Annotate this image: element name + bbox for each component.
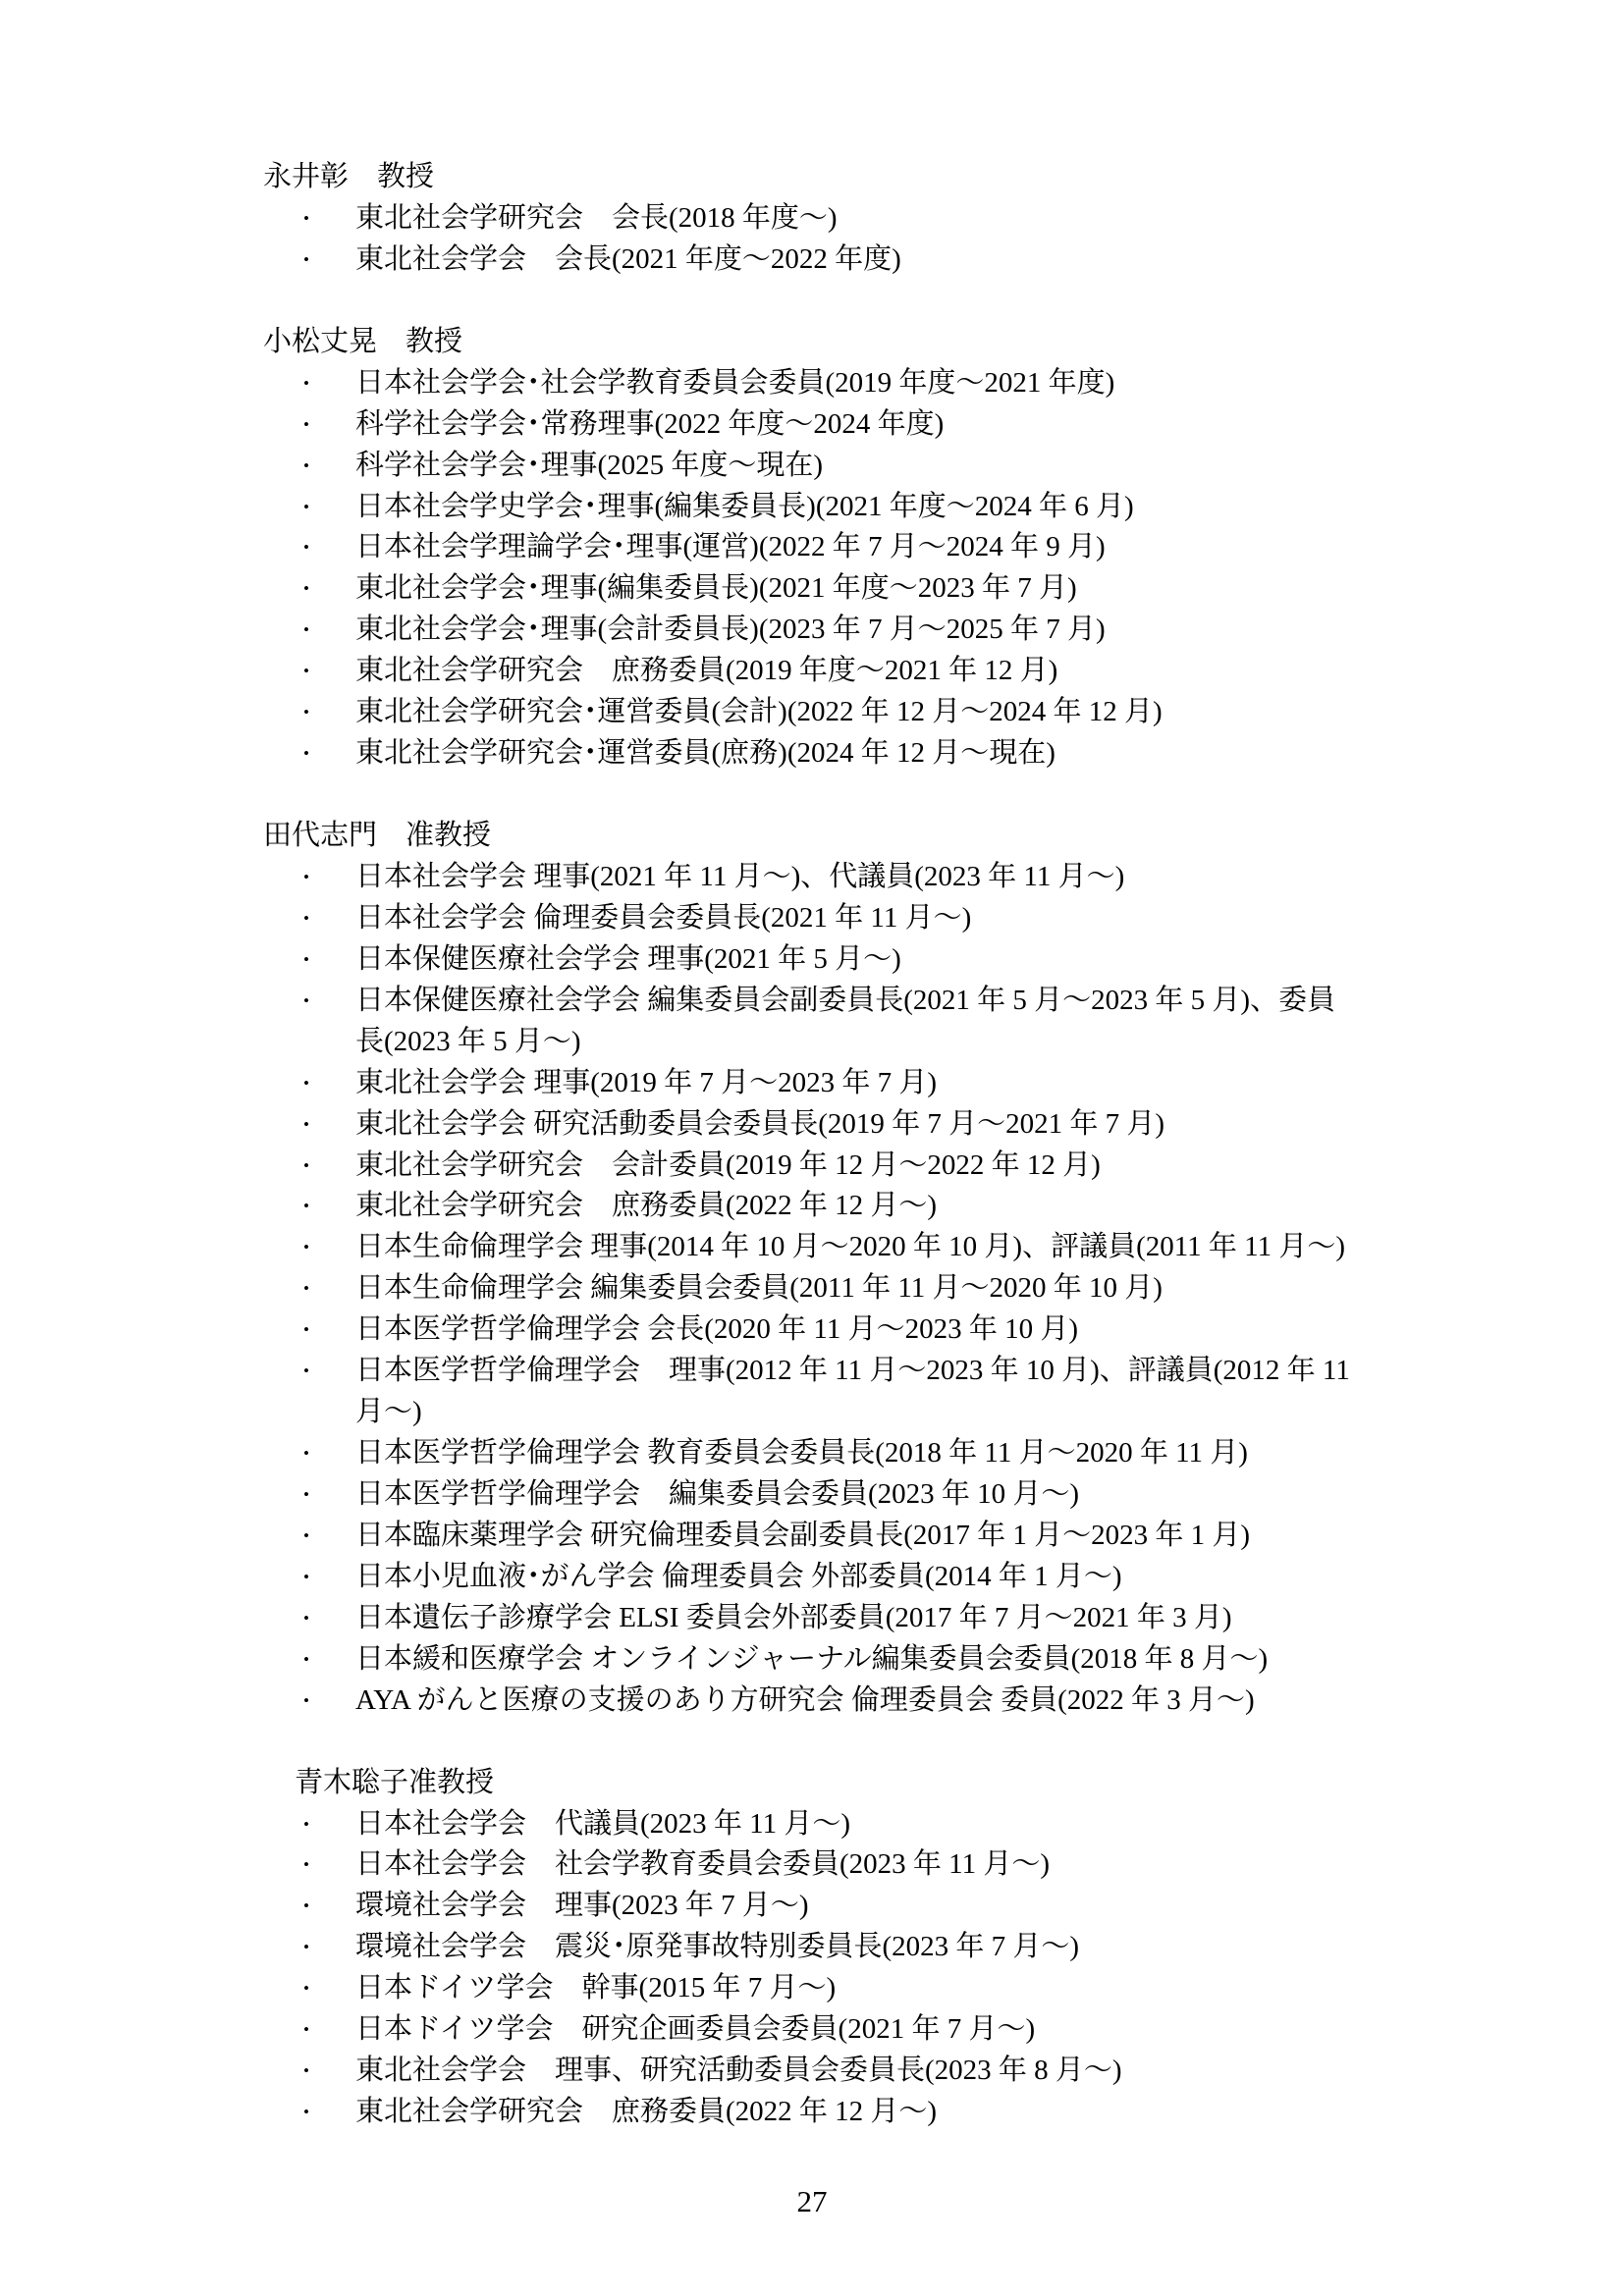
bullet-icon: • — [298, 1886, 315, 1927]
bullet-icon: • — [298, 1598, 315, 1639]
list-item-text: 日本生命倫理学会 編集委員会委員(2011 年 11 月～2020 年 10 月… — [355, 1268, 1163, 1309]
list-item-text: 日本社会学会･社会学教育委員会委員(2019 年度～2021 年度) — [355, 363, 1114, 404]
section-heading: 小松丈晃 教授 — [0, 322, 1624, 363]
list-item-continuation: 長(2023 年 5 月～) — [0, 1022, 1624, 1063]
list-item-text: 東北社会学会 会長(2021 年度～2022 年度) — [355, 240, 901, 281]
list-item: •東北社会学会 研究活動委員会委員長(2019 年 7 月～2021 年 7 月… — [0, 1104, 1624, 1146]
list-item-text: 日本社会学会 社会学教育委員会委員(2023 年 11 月～) — [355, 1844, 1050, 1886]
list-item-text: 日本保健医療社会学会 編集委員会副委員長(2021 年 5 月～2023 年 5… — [355, 981, 1335, 1022]
bullet-icon: • — [298, 1268, 315, 1309]
bullet-icon: • — [298, 1433, 315, 1474]
list-item: •日本緩和医療学会 オンラインジャーナル編集委員会委員(2018 年 8 月～) — [0, 1639, 1624, 1681]
document-page: 永井彰 教授 •東北社会学研究会 会長(2018 年度～) •東北社会学会 会長… — [0, 0, 1624, 2296]
bullet-icon: • — [298, 692, 315, 733]
bullet-icon: • — [298, 610, 315, 651]
list-item-text: 日本医学哲学倫理学会 編集委員会委員(2023 年 10 月～) — [355, 1474, 1079, 1516]
list-item-text: 環境社会学会 震災･原発事故特別委員長(2023 年 7 月～) — [355, 1927, 1079, 1968]
list-item-text: 東北社会学会･理事(会計委員長)(2023 年 7 月～2025 年 7 月) — [355, 610, 1106, 651]
list-item-text: 日本緩和医療学会 オンラインジャーナル編集委員会委員(2018 年 8 月～) — [355, 1639, 1268, 1681]
bullet-icon: • — [298, 1227, 315, 1268]
list-item-text: 日本社会学史学会･理事(編集委員長)(2021 年度～2024 年 6 月) — [355, 487, 1134, 528]
bullet-icon: • — [298, 1474, 315, 1516]
list-item-text: 日本医学哲学倫理学会 教育委員会委員長(2018 年 11 月～2020 年 1… — [355, 1433, 1248, 1474]
list-item: •日本ドイツ学会 研究企画委員会委員(2021 年 7 月～) — [0, 2009, 1624, 2051]
list-item: •東北社会学研究会 庶務委員(2019 年度～2021 年 12 月) — [0, 651, 1624, 692]
list-item: •日本社会学会 倫理委員会委員長(2021 年 11 月～) — [0, 898, 1624, 939]
bullet-icon: • — [298, 404, 315, 446]
list-item: •科学社会学会･理事(2025 年度～現在) — [0, 446, 1624, 487]
bullet-icon: • — [298, 1844, 315, 1886]
list-item: •東北社会学会 会長(2021 年度～2022 年度) — [0, 240, 1624, 281]
bullet-icon: • — [298, 1968, 315, 2009]
list-item-text: 東北社会学研究会･運営委員(会計)(2022 年 12 月～2024 年 12 … — [355, 692, 1163, 733]
list-item-text: 東北社会学会 理事(2019 年 7 月～2023 年 7 月) — [355, 1063, 937, 1104]
list-item: •日本社会学会 社会学教育委員会委員(2023 年 11 月～) — [0, 1844, 1624, 1886]
list-item: •日本保健医療社会学会 編集委員会副委員長(2021 年 5 月～2023 年 … — [0, 981, 1624, 1063]
list-item: •日本生命倫理学会 理事(2014 年 10 月～2020 年 10 月)、評議… — [0, 1227, 1624, 1268]
section-heading: 青木聡子准教授 — [0, 1763, 1624, 1804]
bullet-icon: • — [298, 1351, 315, 1392]
list-item: •東北社会学研究会･運営委員(会計)(2022 年 12 月～2024 年 12… — [0, 692, 1624, 733]
section-heading: 永井彰 教授 — [0, 157, 1624, 198]
list-item: •日本ドイツ学会 幹事(2015 年 7 月～) — [0, 1968, 1624, 2009]
bullet-icon: • — [298, 487, 315, 528]
list-item: •日本医学哲学倫理学会 教育委員会委員長(2018 年 11 月～2020 年 … — [0, 1433, 1624, 1474]
list-item: •東北社会学会 理事(2019 年 7 月～2023 年 7 月) — [0, 1063, 1624, 1104]
bullet-icon: • — [298, 651, 315, 692]
list-item-text: 日本遺伝子診療学会 ELSI 委員会外部委員(2017 年 7 月～2021 年… — [355, 1598, 1232, 1639]
list-item-text: 日本医学哲学倫理学会 理事(2012 年 11 月～2023 年 10 月)、評… — [355, 1351, 1350, 1392]
list-item-text: 日本社会学会 代議員(2023 年 11 月～) — [355, 1804, 850, 1845]
list-item: •日本社会学会･社会学教育委員会委員(2019 年度～2021 年度) — [0, 363, 1624, 404]
list-item: •東北社会学研究会･運営委員(庶務)(2024 年 12 月～現在) — [0, 733, 1624, 774]
list-item-continuation: 月～) — [0, 1392, 1624, 1433]
list-item: •東北社会学会･理事(会計委員長)(2023 年 7 月～2025 年 7 月) — [0, 610, 1624, 651]
list-item: •日本社会学理論学会･理事(運営)(2022 年 7 月～2024 年 9 月) — [0, 527, 1624, 568]
section-aoki: 青木聡子准教授 •日本社会学会 代議員(2023 年 11 月～) •日本社会学… — [0, 1763, 1624, 2133]
list-item-text: 日本ドイツ学会 幹事(2015 年 7 月～) — [355, 1968, 836, 2009]
list-item: •環境社会学会 震災･原発事故特別委員長(2023 年 7 月～) — [0, 1927, 1624, 1968]
bullet-icon: • — [298, 857, 315, 898]
bullet-icon: • — [298, 1146, 315, 1187]
list-item: •東北社会学研究会 会長(2018 年度～) — [0, 198, 1624, 240]
list-item-text: 月～) — [355, 1392, 422, 1433]
list-item-text: 東北社会学研究会 庶務委員(2022 年 12 月～) — [355, 2092, 937, 2133]
list-item-text: 東北社会学研究会 会計委員(2019 年 12 月～2022 年 12 月) — [355, 1146, 1101, 1187]
spacer — [0, 774, 1624, 816]
list-item: •日本社会学史学会･理事(編集委員長)(2021 年度～2024 年 6 月) — [0, 487, 1624, 528]
bullet-icon: • — [298, 939, 315, 981]
bullet-icon: • — [298, 1639, 315, 1681]
bullet-icon: • — [298, 240, 315, 281]
list-item: •日本臨床薬理学会 研究倫理委員会副委員長(2017 年 1 月～2023 年 … — [0, 1516, 1624, 1557]
list-item-text: 東北社会学研究会･運営委員(庶務)(2024 年 12 月～現在) — [355, 733, 1056, 774]
list-item-text: 日本社会学会 倫理委員会委員長(2021 年 11 月～) — [355, 898, 971, 939]
list-item: •日本社会学会 理事(2021 年 11 月～)、代議員(2023 年 11 月… — [0, 857, 1624, 898]
list-item-text: 日本社会学会 理事(2021 年 11 月～)、代議員(2023 年 11 月～… — [355, 857, 1124, 898]
section-komatsu: 小松丈晃 教授 •日本社会学会･社会学教育委員会委員(2019 年度～2021 … — [0, 322, 1624, 774]
bullet-icon: • — [298, 2009, 315, 2051]
list-item: •東北社会学研究会 庶務委員(2022 年 12 月～) — [0, 2092, 1624, 2133]
list-item-text: 日本社会学理論学会･理事(運営)(2022 年 7 月～2024 年 9 月) — [355, 527, 1106, 568]
list-item-text: 東北社会学研究会 庶務委員(2019 年度～2021 年 12 月) — [355, 651, 1057, 692]
list-item-text: 科学社会学会･理事(2025 年度～現在) — [355, 446, 823, 487]
list-item: •日本遺伝子診療学会 ELSI 委員会外部委員(2017 年 7 月～2021 … — [0, 1598, 1624, 1639]
list-item-text: 東北社会学研究会 庶務委員(2022 年 12 月～) — [355, 1186, 937, 1227]
bullet-icon: • — [298, 198, 315, 240]
list-item-text: 日本ドイツ学会 研究企画委員会委員(2021 年 7 月～) — [355, 2009, 1035, 2051]
document-body: 永井彰 教授 •東北社会学研究会 会長(2018 年度～) •東北社会学会 会長… — [0, 157, 1624, 2133]
bullet-icon: • — [298, 1804, 315, 1845]
list-item: •日本医学哲学倫理学会 編集委員会委員(2023 年 10 月～) — [0, 1474, 1624, 1516]
bullet-icon: • — [298, 1186, 315, 1227]
bullet-icon: • — [298, 1681, 315, 1722]
bullet-icon: • — [298, 1309, 315, 1351]
bullet-icon: • — [298, 1927, 315, 1968]
list-item: •東北社会学研究会 庶務委員(2022 年 12 月～) — [0, 1186, 1624, 1227]
list-item-text: 東北社会学会 研究活動委員会委員長(2019 年 7 月～2021 年 7 月) — [355, 1104, 1164, 1146]
section-nagai: 永井彰 教授 •東北社会学研究会 会長(2018 年度～) •東北社会学会 会長… — [0, 157, 1624, 281]
list-item-line: •日本保健医療社会学会 編集委員会副委員長(2021 年 5 月～2023 年 … — [0, 981, 1624, 1022]
list-item-text: AYA がんと医療の支援のあり方研究会 倫理委員会 委員(2022 年 3 月～… — [355, 1681, 1255, 1722]
section-tashiro: 田代志門 准教授 •日本社会学会 理事(2021 年 11 月～)、代議員(20… — [0, 816, 1624, 1722]
bullet-icon: • — [298, 1557, 315, 1598]
list-item: •日本生命倫理学会 編集委員会委員(2011 年 11 月～2020 年 10 … — [0, 1268, 1624, 1309]
list-item: •日本社会学会 代議員(2023 年 11 月～) — [0, 1804, 1624, 1845]
list-item: •日本医学哲学倫理学会 会長(2020 年 11 月～2023 年 10 月) — [0, 1309, 1624, 1351]
bullet-icon: • — [298, 363, 315, 404]
bullet-icon: • — [298, 568, 315, 610]
bullet-icon: • — [298, 2051, 315, 2092]
list-item-text: 東北社会学研究会 会長(2018 年度～) — [355, 198, 838, 240]
list-item: •東北社会学会･理事(編集委員長)(2021 年度～2023 年 7 月) — [0, 568, 1624, 610]
spacer — [0, 1722, 1624, 1763]
list-item-text: 日本臨床薬理学会 研究倫理委員会副委員長(2017 年 1 月～2023 年 1… — [355, 1516, 1250, 1557]
list-item: •東北社会学研究会 会計委員(2019 年 12 月～2022 年 12 月) — [0, 1146, 1624, 1187]
list-item-text: 日本小児血液･がん学会 倫理委員会 外部委員(2014 年 1 月～) — [355, 1557, 1122, 1598]
bullet-icon: • — [298, 1104, 315, 1146]
list-item-line: •日本医学哲学倫理学会 理事(2012 年 11 月～2023 年 10 月)、… — [0, 1351, 1624, 1392]
bullet-icon: • — [298, 446, 315, 487]
bullet-icon: • — [298, 733, 315, 774]
list-item: •日本保健医療社会学会 理事(2021 年 5 月～) — [0, 939, 1624, 981]
list-item: •東北社会学会 理事、研究活動委員会委員長(2023 年 8 月～) — [0, 2051, 1624, 2092]
section-heading: 田代志門 准教授 — [0, 816, 1624, 857]
list-item-text: 東北社会学会･理事(編集委員長)(2021 年度～2023 年 7 月) — [355, 568, 1077, 610]
bullet-icon: • — [298, 2092, 315, 2133]
bullet-icon: • — [298, 527, 315, 568]
list-item: •日本医学哲学倫理学会 理事(2012 年 11 月～2023 年 10 月)、… — [0, 1351, 1624, 1433]
list-item-text: 日本生命倫理学会 理事(2014 年 10 月～2020 年 10 月)、評議員… — [355, 1227, 1345, 1268]
list-item: •日本小児血液･がん学会 倫理委員会 外部委員(2014 年 1 月～) — [0, 1557, 1624, 1598]
list-item-text: 東北社会学会 理事、研究活動委員会委員長(2023 年 8 月～) — [355, 2051, 1122, 2092]
list-item-text: 科学社会学会･常務理事(2022 年度～2024 年度) — [355, 404, 944, 446]
list-item: •AYA がんと医療の支援のあり方研究会 倫理委員会 委員(2022 年 3 月… — [0, 1681, 1624, 1722]
list-item-text: 日本医学哲学倫理学会 会長(2020 年 11 月～2023 年 10 月) — [355, 1309, 1078, 1351]
bullet-icon: • — [298, 1063, 315, 1104]
list-item-text: 日本保健医療社会学会 理事(2021 年 5 月～) — [355, 939, 901, 981]
list-item: •環境社会学会 理事(2023 年 7 月～) — [0, 1886, 1624, 1927]
bullet-icon: • — [298, 898, 315, 939]
list-item: •科学社会学会･常務理事(2022 年度～2024 年度) — [0, 404, 1624, 446]
spacer — [0, 281, 1624, 322]
page-number: 27 — [0, 2181, 1624, 2222]
bullet-icon: • — [298, 981, 315, 1022]
list-item-text: 環境社会学会 理事(2023 年 7 月～) — [355, 1886, 809, 1927]
bullet-icon: • — [298, 1516, 315, 1557]
list-item-text: 長(2023 年 5 月～) — [355, 1022, 581, 1063]
